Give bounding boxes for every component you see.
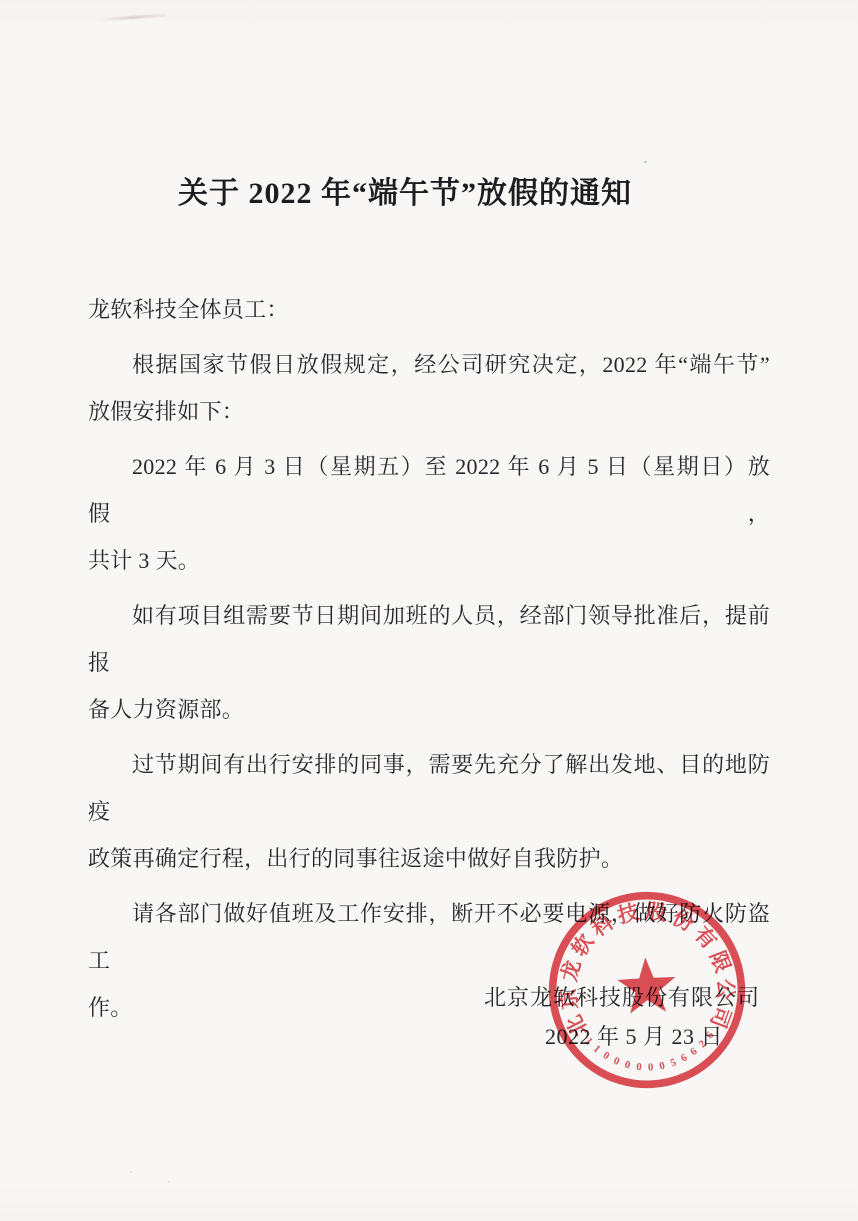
scan-speck <box>168 1181 170 1183</box>
scan-speck <box>644 161 647 163</box>
greeting-line: 龙软科技全体员工： <box>88 286 770 333</box>
signature-date: 2022 年 5 月 23 日 <box>545 1020 723 1051</box>
paragraph-line: 备人力资源部。 <box>88 686 770 733</box>
paragraph-line: 如有项目组需要节日期间加班的人员，经部门领导批准后，提前报 <box>88 592 770 686</box>
paragraph-line: 过节期间有出行安排的同事，需要先充分了解出发地、目的地防疫 <box>88 741 770 835</box>
paragraph-list: 根据国家节假日放假规定，经公司研究决定，2022 年“端午节”放假安排如下：20… <box>88 341 770 1031</box>
document-body: 龙软科技全体员工： 根据国家节假日放假规定，经公司研究决定，2022 年“端午节… <box>88 286 770 1039</box>
paragraph-line: 根据国家节假日放假规定，经公司研究决定，2022 年“端午节” <box>88 341 770 388</box>
paragraph-line: 请各部门做好值班及工作安排，断开不必要电源，做好防火防盗工 <box>88 890 770 984</box>
paragraph-line: 放假安排如下： <box>88 388 770 435</box>
paragraph: 2022 年 6 月 3 日（星期五）至 2022 年 6 月 5 日（星期日）… <box>88 443 770 584</box>
paragraph: 如有项目组需要节日期间加班的人员，经部门领导批准后，提前报备人力资源部。 <box>88 592 770 733</box>
scan-speck <box>130 1171 132 1173</box>
scan-smudge-mark <box>98 14 166 22</box>
document-title: 关于 2022 年“端午节”放假的通知 <box>64 168 746 212</box>
paragraph-line: 共计 3 天。 <box>88 537 770 584</box>
paragraph: 根据国家节假日放假规定，经公司研究决定，2022 年“端午节”放假安排如下： <box>88 341 770 435</box>
signature-company-name: 北京龙软科技股份有限公司 <box>484 981 760 1012</box>
paragraph-line: 政策再确定行程，出行的同事往返途中做好自我防护。 <box>88 835 770 882</box>
paragraph-line: 2022 年 6 月 3 日（星期五）至 2022 年 6 月 5 日（星期日）… <box>88 443 770 537</box>
scanned-notice-page: 关于 2022 年“端午节”放假的通知 龙软科技全体员工： 根据国家节假日放假规… <box>0 0 858 1221</box>
paragraph: 过节期间有出行安排的同事，需要先充分了解出发地、目的地防疫政策再确定行程，出行的… <box>88 741 770 882</box>
